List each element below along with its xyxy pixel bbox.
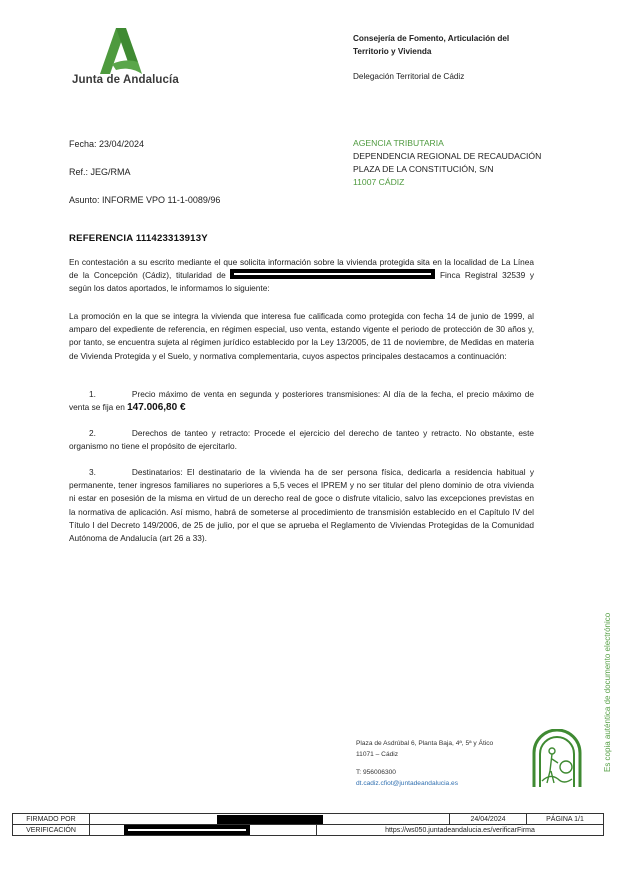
redacted-signer xyxy=(217,815,323,824)
item-2-text: Derechos de tanteo y retracto: Procede e… xyxy=(69,428,534,451)
department-line-1: Consejería de Fomento, Articulación del xyxy=(353,32,553,45)
andalucia-seal-icon xyxy=(530,729,584,787)
phone: T: 956006300 xyxy=(356,768,493,779)
department-line-2: Territorio y Vivienda xyxy=(353,45,553,58)
recipient-dependency: DEPENDENCIA REGIONAL DE RECAUDACIÓN xyxy=(353,150,541,163)
promotion-paragraph: La promoción en la que se integra la viv… xyxy=(69,310,534,363)
verification-code-redacted xyxy=(90,825,317,836)
redacted-owner xyxy=(230,269,435,279)
authentic-copy-note: Es copia auténtica de documento electrón… xyxy=(603,613,612,772)
item-1: 1.Precio máximo de venta en segunda y po… xyxy=(69,388,534,414)
address-line-1: Plaza de Asdrúbal 6, Planta Baja, 4ª, 5ª… xyxy=(356,739,493,750)
redacted-verification-code xyxy=(124,825,250,835)
item-3-number: 3. xyxy=(89,467,96,477)
item-2-number: 2. xyxy=(89,428,96,438)
subject-field: Asunto: INFORME VPO 11-1-0089/96 xyxy=(69,195,220,205)
signature-date: 24/04/2024 xyxy=(450,814,527,825)
email-link[interactable]: dt.cadiz.cfiot@juntadeandalucia.es xyxy=(356,779,493,790)
address-line-2: 11071 – Cádiz xyxy=(356,750,493,761)
recipient-city: 11007 CÁDIZ xyxy=(353,176,541,189)
max-price: 147.006,80 € xyxy=(127,402,185,413)
recipient-address: AGENCIA TRIBUTARIA DEPENDENCIA REGIONAL … xyxy=(353,137,541,189)
delegation-name: Delegación Territorial de Cádiz xyxy=(353,72,464,81)
recipient-agency: AGENCIA TRIBUTARIA xyxy=(353,137,541,150)
item-3: 3.Destinatarios: El destinatario de la v… xyxy=(69,466,534,545)
date-field: Fecha: 23/04/2024 xyxy=(69,139,144,149)
document-reference: REFERENCIA 111423313913Y xyxy=(69,233,208,244)
signed-by-label: FIRMADO POR xyxy=(13,814,90,825)
page-number: PÁGINA 1/1 xyxy=(527,814,604,825)
verification-row: VERIFICACIÓN https://ws050.juntadeandalu… xyxy=(13,825,604,836)
intro-paragraph: En contestación a su escrito mediante el… xyxy=(69,256,534,296)
verification-label: VERIFICACIÓN xyxy=(13,825,90,836)
signature-table: FIRMADO POR 24/04/2024 PÁGINA 1/1 VERIFI… xyxy=(12,813,604,836)
signer-redacted xyxy=(90,814,450,825)
item-1-number: 1. xyxy=(89,389,96,399)
verification-url[interactable]: https://ws050.juntadeandalucia.es/verifi… xyxy=(317,825,604,836)
reference-field: Ref.: JEG/RMA xyxy=(69,167,131,177)
item-3-text: Destinatarios: El destinatario de la viv… xyxy=(69,467,534,543)
department-name: Consejería de Fomento, Articulación del … xyxy=(353,32,553,58)
junta-logo-icon xyxy=(86,28,146,74)
recipient-street: PLAZA DE LA CONSTITUCIÓN, S/N xyxy=(353,163,541,176)
office-address: Plaza de Asdrúbal 6, Planta Baja, 4ª, 5ª… xyxy=(356,739,493,789)
signature-row: FIRMADO POR 24/04/2024 PÁGINA 1/1 xyxy=(13,814,604,825)
logo-text: Junta de Andalucía xyxy=(72,74,179,86)
item-2: 2.Derechos de tanteo y retracto: Procede… xyxy=(69,427,534,453)
